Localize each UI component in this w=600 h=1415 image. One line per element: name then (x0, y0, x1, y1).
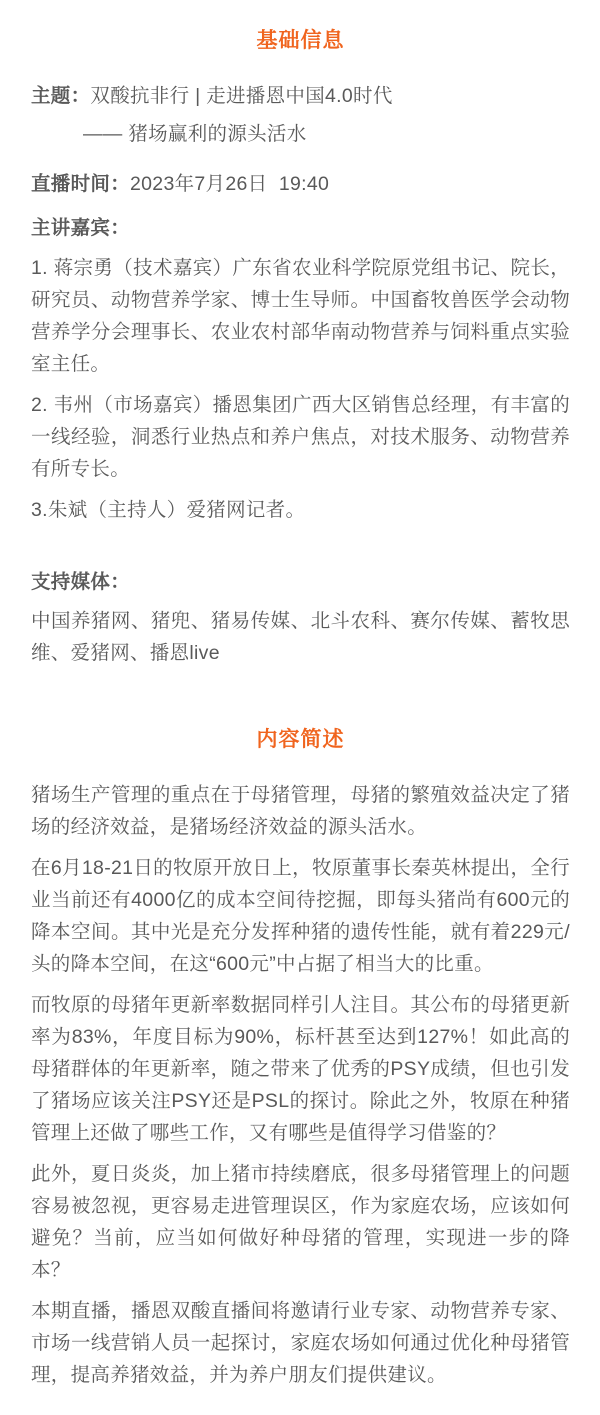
live-time-line: 直播时间：2023年7月26日 19:40 (31, 168, 570, 200)
summary-paragraph-5: 本期直播，播恩双酸直播间将邀请行业专家、动物营养专家、市场一线营销人员一起探讨，… (31, 1295, 570, 1391)
section-heading-content-summary: 内容简述 (31, 723, 570, 753)
topic-subtitle: —— 猪场赢利的源头活水 (31, 118, 570, 150)
media-label: 支持媒体： (31, 566, 570, 598)
summary-paragraph-4: 此外，夏日炎炎，加上猪市持续磨底，很多母猪管理上的问题容易被忽视，更容易走进管理… (31, 1158, 570, 1286)
guest-item-3: 3.朱斌（主持人）爱猪网记者。 (31, 494, 570, 526)
summary-paragraph-1: 猪场生产管理的重点在于母猪管理，母猪的繁殖效益决定了猪场的经济效益，是猪场经济效… (31, 779, 570, 843)
section-heading-basic-info: 基础信息 (31, 24, 570, 54)
topic-line: 主题：双酸抗非行 | 走进播恩中国4.0时代 (31, 80, 570, 112)
media-list: 中国养猪网、猪兜、猪易传媒、北斗农科、赛尔传媒、蓄牧思维、爱猪网、播恩live (31, 605, 570, 669)
guest-item-2: 2. 韦州（市场嘉宾）播恩集团广西大区销售总经理，有丰富的一线经验，洞悉行业热点… (31, 389, 570, 485)
guests-label: 主讲嘉宾： (31, 212, 570, 244)
summary-paragraph-3: 而牧原的母猪年更新率数据同样引人注目。其公布的母猪更新率为83%，年度目标为90… (31, 989, 570, 1149)
topic-label: 主题： (31, 85, 90, 107)
topic-value: 双酸抗非行 | 走进播恩中国4.0时代 (90, 85, 392, 107)
live-time-label: 直播时间： (31, 173, 130, 195)
article-page: 基础信息 主题：双酸抗非行 | 走进播恩中国4.0时代 —— 猪场赢利的源头活水… (0, 0, 600, 1415)
guest-item-1: 1. 蒋宗勇（技术嘉宾）广东省农业科学院原党组书记、院长，研究员、动物营养学家、… (31, 252, 570, 380)
live-time-value: 2023年7月26日 19:40 (130, 173, 329, 195)
summary-paragraph-2: 在6月18-21日的牧原开放日上，牧原董事长秦英林提出，全行业当前还有4000亿… (31, 852, 570, 980)
